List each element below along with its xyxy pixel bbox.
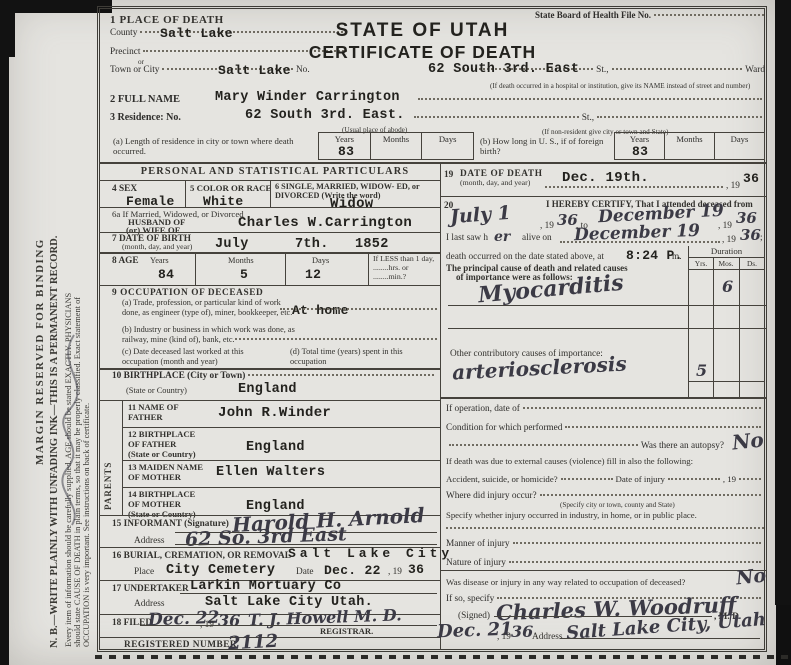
occupation-b-label: (b) Industry or business in which work w… [122,325,300,344]
rule-related [440,570,766,571]
film-edge-topleft [0,0,112,13]
age-label: 8 AGE [112,256,139,267]
filed-year-value: 36 [218,611,240,630]
occupation-a-label: (a) Trade, profession, or particular kin… [122,298,300,317]
condition-dotted [565,426,761,428]
residence-a-months-header: Months [370,133,422,159]
birthplace-label: 10 BIRTHPLACE (City or Town) [112,371,245,381]
mother-name-value: Ellen Walters [216,465,325,480]
undertaker-value: Larkin Mortuary Co [190,579,341,594]
precinct-label: Precinct [110,47,140,57]
duration-ds-header: Ds. [740,260,764,269]
divider-sex-race [185,180,186,207]
residence-b-days-header: Days [714,133,764,159]
injury-date-dotted [668,478,720,480]
nature-label: Nature of injury [446,558,506,568]
county-value: Salt Lake [160,26,233,41]
to-year-prefix: , 19 [718,221,732,232]
burial-overlay-value: Salt Lake City [288,546,453,561]
residence-st-label: St., [582,113,594,123]
duration-rule2 [688,269,765,270]
cause-rule2 [448,328,766,329]
burial-place-label: Place [134,567,154,578]
death-time-m: m. [672,252,682,263]
father-name-label: 11 NAME OF FATHER [128,403,179,423]
dob-year-value: 1852 [355,237,389,252]
accident-dotted [561,478,613,480]
cause-duration-months: 6 [722,277,733,296]
specify-injury-dotted [446,527,764,529]
condition-line: Condition for which performed [446,423,764,433]
duration-vline2 [713,257,714,397]
occupation-d-label: (d) Total time (years) spent in this occ… [290,347,418,366]
death-certificate-scan: MARGIN RESERVED FOR BINDING N. B.—WRITE … [0,0,791,665]
undertaker-label: 17 UNDERTAKER [112,584,189,595]
dod-value: Dec. 19th. [562,170,649,186]
dod-sublabel: (month, day, and year) [460,179,530,188]
birthplace-line: 10 BIRTHPLACE (City or Town) [112,371,437,381]
last-saw-year-value: 36 [740,226,761,244]
duration-header: Duration [688,246,765,256]
dod-number: 19 [444,170,453,181]
filed-label: 18 FILED [112,618,152,629]
to-year-value: 36 [736,209,757,227]
age-months-header: Months [228,256,254,266]
full-name-label: 2 FULL NAME [110,94,180,105]
full-name-line: 2 FULL NAME [110,94,765,105]
st-label: St., [596,65,608,75]
informant-address-label: Address [134,536,164,547]
manner-label: Manner of injury [446,539,510,549]
personal-particulars-header: PERSONAL AND STATISTICAL PARTICULARS [110,166,440,178]
injury-date-year-prefix: , 19 [723,474,736,484]
hospital-note: (If death occurred in a hospital or inst… [490,82,750,90]
where-injury-line: Where did injury occur? [446,491,764,501]
film-edge-left [0,0,9,665]
registered-number-label: REGISTERED NUMBER [124,640,237,651]
residence-b-label: (b) How long in U. S., if of foreign bir… [480,136,610,156]
autopsy-value: No [731,427,765,454]
sign-year-value: 36 [511,622,533,641]
last-saw-dotted [560,241,720,243]
county-label: County [110,28,137,38]
attended-from-value: July 1 [449,202,511,228]
birthplace-dotted [248,374,434,376]
divider-parents [122,400,123,515]
undertaker-line [180,593,437,594]
age-years-value: 84 [158,267,174,282]
dod-year-prefix: , 19 [726,181,740,192]
where-injury-note: (Specify city or town, county and State) [560,501,675,509]
accident-label: Accident, suicide, or homicide? [446,474,558,484]
age-years-header: Years [150,256,169,266]
rule-dob [99,232,440,233]
birthplace-value: England [238,382,297,397]
divider-age3 [368,252,369,285]
residence-dotted-line [414,116,579,118]
marital-value: Widow [330,196,374,212]
residence-b-years-value: 83 [632,144,648,159]
operation-label: If operation, date of [446,404,520,414]
nature-line: Nature of injury [446,558,764,568]
age-months-value: 5 [240,267,248,282]
rule-occupation [99,285,440,286]
birthplace-sublabel: (State or Country) [126,386,187,396]
duration-vline3 [739,257,740,397]
rule-father-bp [122,427,440,428]
operation-dotted [523,407,761,409]
spouse-value: Charles W.Carrington [238,215,412,231]
cause-rule1 [448,305,766,306]
where-injury-label: Where did injury occur? [446,491,537,501]
rule-6a [99,207,440,208]
operation-line: If operation, date of [446,404,764,414]
dod-dotted [545,186,723,188]
perforation-dashes [95,655,791,659]
sign-address-label: Address [532,632,562,643]
residence-a-label: (a) Length of residence in city or town … [113,136,311,156]
autopsy-dotted [449,444,638,446]
residence-value: 62 South 3rd. East. [245,108,405,123]
last-saw-text1: I last saw h [446,233,488,244]
town-value: Salt Lake [218,63,291,78]
file-no-line: State Board of Health File No. [535,10,767,20]
film-edge-right [775,0,791,605]
contributory-duration-years: 5 [696,361,707,380]
residence-line: 3 Residence: No. St., [110,112,765,123]
dob-day-value: 7th. [295,237,329,252]
registrar-label: REGISTRAR. [320,627,373,637]
residence-dotted-line2 [597,116,762,118]
dob-month-value: July [215,237,249,252]
residence-b-months-header: Months [664,133,714,159]
age-days-header: Days [312,256,329,266]
occupation-b-dotted [235,338,437,340]
duration-vline1 [688,246,689,397]
divider-race-marital [270,180,271,207]
street-no-label: No. [296,65,310,75]
nature-dotted [509,561,761,563]
condition-label: Condition for which performed [446,423,562,433]
external-causes-label: If death was due to external causes (vio… [446,456,693,466]
burial-place-value: City Cemetery [166,563,275,578]
occupation-c-label: (c) Date deceased last worked at this oc… [122,347,280,366]
rule-mother [122,460,440,461]
related-occupation-value: No [735,564,767,589]
burial-date-value: Dec. 22 [324,563,381,578]
duration-rule3 [688,381,765,382]
where-injury-dotted [540,494,761,496]
divider-main [99,162,766,164]
sign-address-line [560,638,760,639]
specify-injury-label: Specify whether injury occurred in indus… [446,510,697,520]
mother-name-label: 13 MAIDEN NAME OF MOTHER [128,463,203,483]
burial-year-prefix: , 19 [388,567,402,578]
divider-columns [440,162,441,650]
ifso-label: If so, specify [446,594,494,604]
file-no-label: State Board of Health File No. [535,10,651,20]
full-name-value: Mary Winder Carrington [215,90,400,105]
occupation-a-dotted [280,308,437,310]
residence-a-years-value: 83 [338,144,354,159]
file-no-dotted-line [654,14,764,16]
duration-rule1 [688,257,765,258]
injury-date-label: Date of injury [616,474,665,484]
race-label: 5 COLOR OR RACE [190,183,271,193]
autopsy-line: Was there an autopsy? [446,441,764,451]
rule-certify [440,196,766,197]
occupation-a-value: At home [292,303,349,318]
divider-age1 [195,252,196,285]
from-year-prefix: , 19 [540,221,554,232]
manner-line: Manner of injury [446,539,764,549]
ward-label: Ward [745,65,765,75]
last-saw-text2: alive on [522,233,552,244]
manner-dotted [513,542,761,544]
section1-place-of-death-label: 1 PLACE OF DEATH [110,14,224,27]
registered-number-value: 2112 [227,631,278,655]
injury-year-dotted [739,478,761,480]
title-certificate-of-death: CERTIFICATE OF DEATH [300,42,545,63]
margin-handwriting-scribble [44,330,104,530]
film-corner-topleft [0,0,15,57]
filed-line [140,625,437,626]
related-occupation-label: Was disease or injury in any way related… [446,577,685,587]
rule-mother-bp [122,487,440,488]
last-saw-her: er [494,229,510,245]
divider-age2 [285,252,286,285]
age-days-value: 12 [305,267,321,282]
dod-year-value: 36 [743,171,759,186]
duration-yrs-header: Yrs. [689,260,713,269]
parents-vertical-label: PARENTS [103,410,113,510]
rule-birthplace [99,368,440,370]
duration-mos-header: Mos. [714,260,738,269]
residence-label: 3 Residence: No. [110,112,181,123]
dob-sublabel: (month, day, and year) [122,243,192,252]
father-name-value: John R.Winder [218,405,331,421]
rule-father [99,400,440,401]
father-birthplace-label: 12 BIRTHPLACE OF FATHER (State or Countr… [128,430,196,460]
title-state-of-utah: STATE OF UTAH [310,20,535,42]
town-label: Town or City [110,65,159,75]
father-birthplace-value: England [246,440,305,455]
sign-year-prefix: , 19 [497,632,511,643]
informant-address-line [175,544,437,545]
accident-line: Accident, suicide, or homicide? Date of … [446,474,764,484]
autopsy-label: Was there an autopsy? [641,441,724,451]
ward-dotted-line [612,68,743,70]
last-saw-year-prefix: , 19 [722,235,736,246]
burial-date-label: Date [296,567,314,578]
undertaker-address-label: Address [134,599,164,610]
rule-operation [440,397,766,399]
burial-label: 16 BURIAL, CREMATION, OR REMOVAL [112,551,291,562]
residence-a-days-header: Days [421,133,473,159]
street-value: 62 South 3rd. East [428,62,579,77]
age-less-label: If LESS than 1 day, ........hrs. or ....… [373,255,437,282]
full-name-dotted-line [418,98,762,100]
burial-year-value: 36 [408,562,424,577]
death-time-label: death occurred on the date stated above,… [446,252,604,263]
last-saw-semicolon: ; [760,233,763,244]
